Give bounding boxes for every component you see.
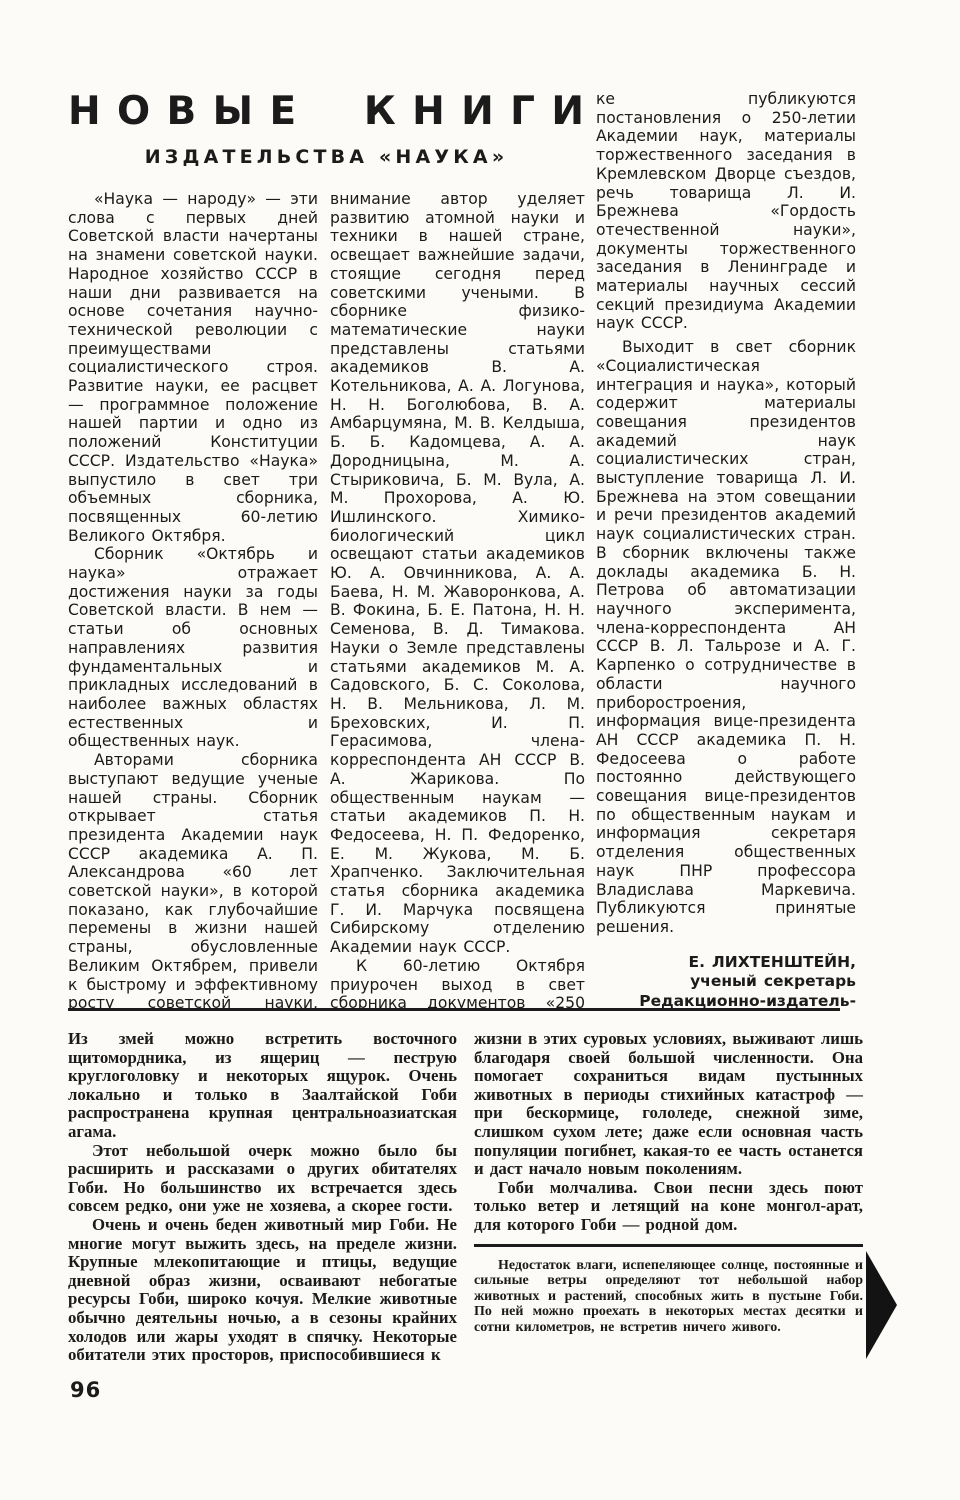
article-paragraph: К 60-летию Октября приурочен выход в све…	[330, 957, 585, 1008]
article-paragraph: жизни в этих суровых условиях, выживают …	[474, 1030, 863, 1179]
article-column-1: «Наука — народу» — эти слова с первых дн…	[68, 190, 318, 1008]
footnote-paragraph: Недостаток влаги, испепеляющее солнце, п…	[474, 1258, 863, 1336]
article-paragraph: Сборник «Октябрь и наука» отражает дости…	[68, 545, 318, 751]
article-paragraph: Этот небольшой очерк можно было бы расши…	[68, 1142, 457, 1216]
article-left-block: НОВЫЕ КНИГИ ИЗДАТЕЛЬСТВА «НАУКА» «Наука …	[68, 90, 585, 1008]
article-paragraph: Из змей можно встретить восточного щитом…	[68, 1030, 457, 1142]
article-paragraph: ке публикуются постановления о 250-летии…	[596, 90, 856, 333]
article-paragraph: Авторами сборника выступают ведущие учен…	[68, 751, 318, 1008]
gobi-column-2: жизни в этих суровых условиях, выживают …	[474, 1030, 863, 1382]
author-signature: Е. ЛИХТЕНШТЕЙН, ученый секретарь Редакци…	[596, 953, 856, 1008]
gobi-column-1: Из змей можно встретить восточного щитом…	[68, 1030, 457, 1382]
magazine-page: НОВЫЕ КНИГИ ИЗДАТЕЛЬСТВА «НАУКА» «Наука …	[0, 0, 960, 1500]
article-paragraph: Выходит в свет сборник «Социалистическая…	[596, 338, 856, 937]
nauka-books-article: НОВЫЕ КНИГИ ИЗДАТЕЛЬСТВА «НАУКА» «Наука …	[68, 90, 858, 1008]
page-number: 96	[70, 1378, 101, 1402]
article-column-2: внимание автор уделяет развитию атомной …	[330, 190, 585, 1008]
section-divider-rule	[68, 1008, 840, 1011]
article-paragraph: внимание автор уделяет развитию атомной …	[330, 190, 585, 957]
footnote-rule	[474, 1244, 863, 1247]
article-header: НОВЫЕ КНИГИ ИЗДАТЕЛЬСТВА «НАУКА»	[68, 90, 585, 190]
article-columns: «Наука — народу» — эти слова с первых дн…	[68, 190, 585, 1008]
article-paragraph: Гоби молчалива. Свои песни здесь поют то…	[474, 1179, 863, 1235]
article-column-3: ке публикуются постановления о 250-летии…	[596, 90, 856, 1008]
article-paragraph: Очень и очень беден животный мир Гоби. Н…	[68, 1216, 457, 1365]
article-paragraph: «Наука — народу» — эти слова с первых дн…	[68, 190, 318, 545]
right-arrow-icon	[866, 1251, 897, 1359]
article-title: НОВЫЕ КНИГИ	[68, 92, 585, 133]
article-subtitle: ИЗДАТЕЛЬСТВА «НАУКА»	[68, 146, 585, 168]
gobi-article: Из змей можно встретить восточного щитом…	[68, 1030, 863, 1382]
